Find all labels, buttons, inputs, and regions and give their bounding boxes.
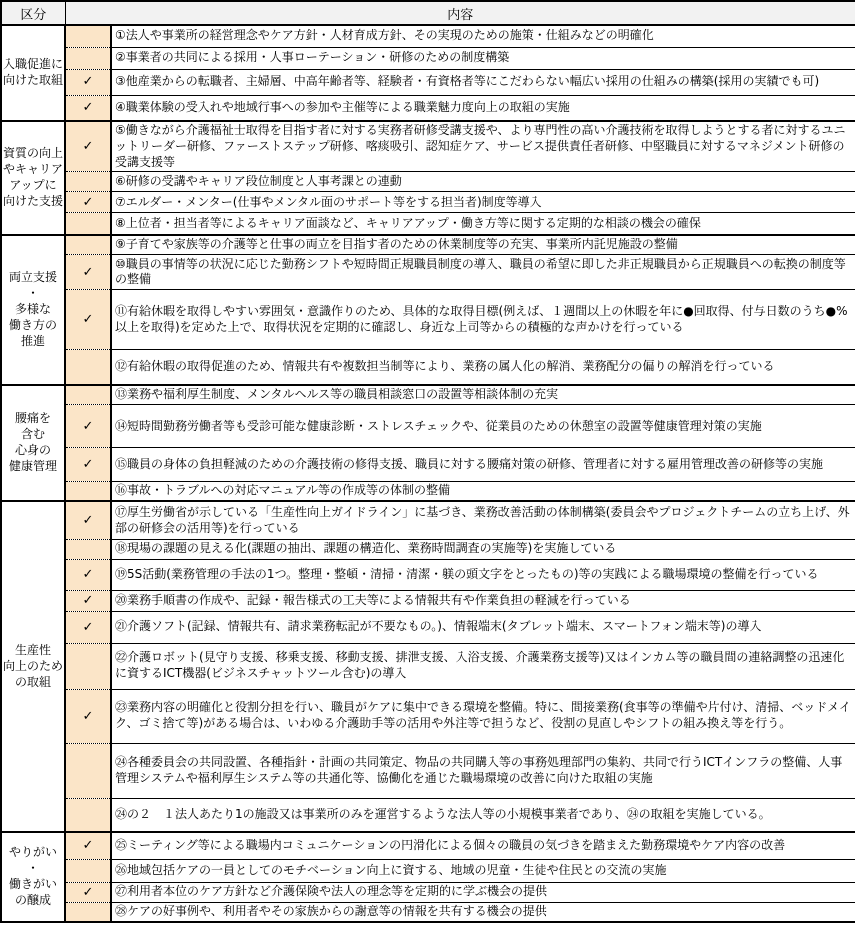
table-row: ⑫有給休暇の取得促進のため、情報共有や複数担当制等により、業務の属人化の解消、業…: [1, 350, 855, 385]
checkbox-cell[interactable]: ✓: [65, 405, 111, 448]
item-text: ⑮職員の身体の負担軽減のための介護技術の修得支援、職員に対する腰痛対策の研修、管…: [111, 448, 855, 482]
table-row: ✓④職業体験の受入れや地域行事への参加や主催等による職業魅力度向上の取組の実施: [1, 95, 855, 121]
item-text: ⑬業務や福利厚生制度、メンタルヘルス等の職員相談窓口の設置等相談体制の充実: [111, 385, 855, 405]
checkbox-cell[interactable]: ✓: [65, 689, 111, 743]
checkbox-cell[interactable]: ✓: [65, 192, 111, 213]
table-row: ⑥研修の受講やキャリア段位制度と人事考課との連動: [1, 172, 855, 192]
table-row: やりがい ・ 働きがい の醸成✓㉕ミーティング等による職場内コミュニケーションの…: [1, 832, 855, 859]
category-cell: やりがい ・ 働きがい の醸成: [1, 832, 65, 921]
checkbox-cell[interactable]: ✓: [65, 448, 111, 482]
checkbox-cell[interactable]: [65, 482, 111, 501]
table-row: ✓㉓業務内容の明確化と役割分担を行い、職員がケアに集中できる環境を整備。特に、間…: [1, 689, 855, 743]
item-text: ⑤働きながら介護福祉士取得を目指す者に対する実務者研修受講支援や、より専門性の高…: [111, 121, 855, 172]
check-icon: ✓: [83, 195, 94, 210]
category-cell: 資質の向上 やキャリア アップに 向けた支援: [1, 121, 65, 235]
item-text: ⑭短時間勤務労働者等も受診可能な健康診断・ストレスチェックや、従業員のための休憩…: [111, 405, 855, 448]
checkbox-cell[interactable]: ✓: [65, 611, 111, 643]
category-cell: 腰痛を 含む 心身の 健康管理: [1, 385, 65, 501]
item-text: ㉒介護ロボット(見守り支援、移乗支援、移動支援、排泄支援、入浴支援、介護業務支援…: [111, 643, 855, 689]
table-row: 生産性 向上のため の取組✓⑰厚生労働省が示している「生産性向上ガイドライン」に…: [1, 501, 855, 539]
item-text: ㉗利用者本位のケア方針など介護保険や法人の理念等を定期的に学ぶ機会の提供: [111, 882, 855, 902]
category-cell: 両立支援 ・ 多様な 働き方の 推進: [1, 235, 65, 385]
item-text: ⑯事故・トラブルへの対応マニュアル等の作成等の体制の整備: [111, 482, 855, 501]
item-text: ㉘ケアの好事例や、利用者やその家族からの謝意等の情報を共有する機会の提供: [111, 902, 855, 921]
check-icon: ✓: [83, 100, 94, 115]
item-text: ⑥研修の受講やキャリア段位制度と人事考課との連動: [111, 172, 855, 192]
table-row: ✓⑲5S活動(業務管理の手法の1つ。整理・整頓・清掃・清潔・躾の頭文字をとったも…: [1, 559, 855, 590]
table-row: ㉔の２ １法人あたり1の施設又は事業所のみを運営するような法人等の小規模事業者で…: [1, 798, 855, 832]
check-icon: ✓: [83, 709, 94, 724]
table-body: 入職促進に 向けた取組①法人や事業所の経営理念やケア方針・人材育成方針、その実現…: [1, 25, 855, 922]
check-icon: ✓: [83, 620, 94, 635]
table-row: ✓⑦エルダー・メンター(仕事やメンタル面のサポート等をする担当者)制度等導入: [1, 192, 855, 213]
item-text: ⑩職員の事情等の状況に応じた勤務シフトや短時間正規職員制度の導入、職員の希望に即…: [111, 255, 855, 290]
item-text: ⑳業務手順書の作成や、記録・報告様式の工夫等による情報共有や作業負担の軽減を行っ…: [111, 590, 855, 611]
table-row: ✓㉑介護ソフト(記録、情報共有、請求業務転記が不要なもの。)、情報端末(タブレッ…: [1, 611, 855, 643]
item-text: ㉑介護ソフト(記録、情報共有、請求業務転記が不要なもの。)、情報端末(タブレット…: [111, 611, 855, 643]
item-text: ⑦エルダー・メンター(仕事やメンタル面のサポート等をする担当者)制度等導入: [111, 192, 855, 213]
checkbox-cell[interactable]: ✓: [65, 832, 111, 859]
check-icon: ✓: [83, 838, 94, 853]
table-row: 資質の向上 やキャリア アップに 向けた支援✓⑤働きながら介護福祉士取得を目指す…: [1, 121, 855, 172]
checkbox-cell[interactable]: [65, 25, 111, 47]
category-cell: 生産性 向上のため の取組: [1, 501, 65, 832]
checkbox-cell[interactable]: ✓: [65, 590, 111, 611]
checkbox-cell[interactable]: [65, 902, 111, 921]
checkbox-cell[interactable]: [65, 859, 111, 882]
check-icon: ✓: [83, 567, 94, 582]
checkbox-cell[interactable]: [65, 350, 111, 385]
table-row: ⑱現場の課題の見える化(課題の抽出、課題の構造化、業務時間調査の実施等)を実施し…: [1, 539, 855, 559]
checkbox-cell[interactable]: [65, 385, 111, 405]
checkbox-cell[interactable]: ✓: [65, 559, 111, 590]
item-text: ⑪有給休暇を取得しやすい雰囲気・意識作りのため、具体的な取得目標(例えば、１週間…: [111, 290, 855, 350]
item-text: ⑰厚生労働省が示している「生産性向上ガイドライン」に基づき、業務改善活動の体制構…: [111, 501, 855, 539]
table-row: ✓⑩職員の事情等の状況に応じた勤務シフトや短時間正規職員制度の導入、職員の希望に…: [1, 255, 855, 290]
table-row: ㉔各種委員会の共同設置、各種指針・計画の共同策定、物品の共同購入等の事務処理部門…: [1, 743, 855, 798]
table-row: ✓⑳業務手順書の作成や、記録・報告様式の工夫等による情報共有や作業負担の軽減を行…: [1, 590, 855, 611]
column-header-category: 区分: [1, 1, 65, 25]
table-row: ✓⑪有給休暇を取得しやすい雰囲気・意識作りのため、具体的な取得目標(例えば、１週…: [1, 290, 855, 350]
checkbox-cell[interactable]: [65, 798, 111, 832]
check-icon: ✓: [83, 885, 94, 900]
checklist-table: 区分 内容 入職促進に 向けた取組①法人や事業所の経営理念やケア方針・人材育成方…: [0, 0, 855, 923]
item-text: ㉓業務内容の明確化と役割分担を行い、職員がケアに集中できる環境を整備。特に、間接…: [111, 689, 855, 743]
item-text: ②事業者の共同による採用・人事ローテーション・研修のための制度構築: [111, 47, 855, 69]
checkbox-cell[interactable]: ✓: [65, 255, 111, 290]
table-row: ✓⑭短時間勤務労働者等も受診可能な健康診断・ストレスチェックや、従業員のための休…: [1, 405, 855, 448]
header-row: 区分 内容: [1, 1, 855, 25]
checkbox-cell[interactable]: [65, 172, 111, 192]
checkbox-cell[interactable]: [65, 643, 111, 689]
table-row: ⑯事故・トラブルへの対応マニュアル等の作成等の体制の整備: [1, 482, 855, 501]
item-text: ⑫有給休暇の取得促進のため、情報共有や複数担当制等により、業務の属人化の解消、業…: [111, 350, 855, 385]
table-row: ㉖地域包括ケアの一員としてのモチベーション向上に資する、地域の児童・生徒や住民と…: [1, 859, 855, 882]
check-icon: ✓: [83, 139, 94, 154]
checkbox-cell[interactable]: [65, 47, 111, 69]
table-row: ⑧上位者・担当者等によるキャリア面談など、キャリアアップ・働き方等に関する定期的…: [1, 213, 855, 235]
check-icon: ✓: [83, 312, 94, 327]
item-text: ③他産業からの転職者、主婦層、中高年齢者等、経験者・有資格者等にこだわらない幅広…: [111, 69, 855, 95]
category-cell: 入職促進に 向けた取組: [1, 25, 65, 121]
item-text: ⑧上位者・担当者等によるキャリア面談など、キャリアアップ・働き方等に関する定期的…: [111, 213, 855, 235]
checkbox-cell[interactable]: ✓: [65, 290, 111, 350]
checkbox-cell[interactable]: ✓: [65, 69, 111, 95]
table-row: ✓③他産業からの転職者、主婦層、中高年齢者等、経験者・有資格者等にこだわらない幅…: [1, 69, 855, 95]
table-row: ✓⑮職員の身体の負担軽減のための介護技術の修得支援、職員に対する腰痛対策の研修、…: [1, 448, 855, 482]
checkbox-cell[interactable]: [65, 743, 111, 798]
item-text: ④職業体験の受入れや地域行事への参加や主催等による職業魅力度向上の取組の実施: [111, 95, 855, 121]
check-icon: ✓: [83, 593, 94, 608]
item-text: ①法人や事業所の経営理念やケア方針・人材育成方針、その実現のための施策・仕組みな…: [111, 25, 855, 47]
table-row: ㉒介護ロボット(見守り支援、移乗支援、移動支援、排泄支援、入浴支援、介護業務支援…: [1, 643, 855, 689]
checkbox-cell[interactable]: ✓: [65, 121, 111, 172]
table-row: ②事業者の共同による採用・人事ローテーション・研修のための制度構築: [1, 47, 855, 69]
check-icon: ✓: [83, 513, 94, 528]
checkbox-cell[interactable]: ✓: [65, 882, 111, 902]
table-row: 両立支援 ・ 多様な 働き方の 推進⑨子育てや家族等の介護等と仕事の両立を目指す…: [1, 235, 855, 255]
check-icon: ✓: [83, 419, 94, 434]
checkbox-cell[interactable]: [65, 539, 111, 559]
item-text: ⑱現場の課題の見える化(課題の抽出、課題の構造化、業務時間調査の実施等)を実施し…: [111, 539, 855, 559]
checkbox-cell[interactable]: [65, 235, 111, 255]
checkbox-cell[interactable]: ✓: [65, 95, 111, 121]
item-text: ㉖地域包括ケアの一員としてのモチベーション向上に資する、地域の児童・生徒や住民と…: [111, 859, 855, 882]
item-text: ⑲5S活動(業務管理の手法の1つ。整理・整頓・清掃・清潔・躾の頭文字をとったもの…: [111, 559, 855, 590]
item-text: ㉔各種委員会の共同設置、各種指針・計画の共同策定、物品の共同購入等の事務処理部門…: [111, 743, 855, 798]
column-header-content: 内容: [65, 1, 855, 25]
item-text: ⑨子育てや家族等の介護等と仕事の両立を目指す者のための休業制度等の充実、事業所内…: [111, 235, 855, 255]
checkbox-cell[interactable]: ✓: [65, 501, 111, 539]
checklist-sheet: 区分 内容 入職促進に 向けた取組①法人や事業所の経営理念やケア方針・人材育成方…: [0, 0, 855, 923]
table-row: ㉘ケアの好事例や、利用者やその家族からの謝意等の情報を共有する機会の提供: [1, 902, 855, 921]
table-row: 腰痛を 含む 心身の 健康管理⑬業務や福利厚生制度、メンタルヘルス等の職員相談窓…: [1, 385, 855, 405]
checkbox-cell[interactable]: [65, 213, 111, 235]
check-icon: ✓: [83, 265, 94, 280]
table-row: ✓㉗利用者本位のケア方針など介護保険や法人の理念等を定期的に学ぶ機会の提供: [1, 882, 855, 902]
check-icon: ✓: [83, 74, 94, 89]
item-text: ㉔の２ １法人あたり1の施設又は事業所のみを運営するような法人等の小規模事業者で…: [111, 798, 855, 832]
check-icon: ✓: [83, 457, 94, 472]
table-row: 入職促進に 向けた取組①法人や事業所の経営理念やケア方針・人材育成方針、その実現…: [1, 25, 855, 47]
item-text: ㉕ミーティング等による職場内コミュニケーションの円滑化による個々の職員の気づきを…: [111, 832, 855, 859]
